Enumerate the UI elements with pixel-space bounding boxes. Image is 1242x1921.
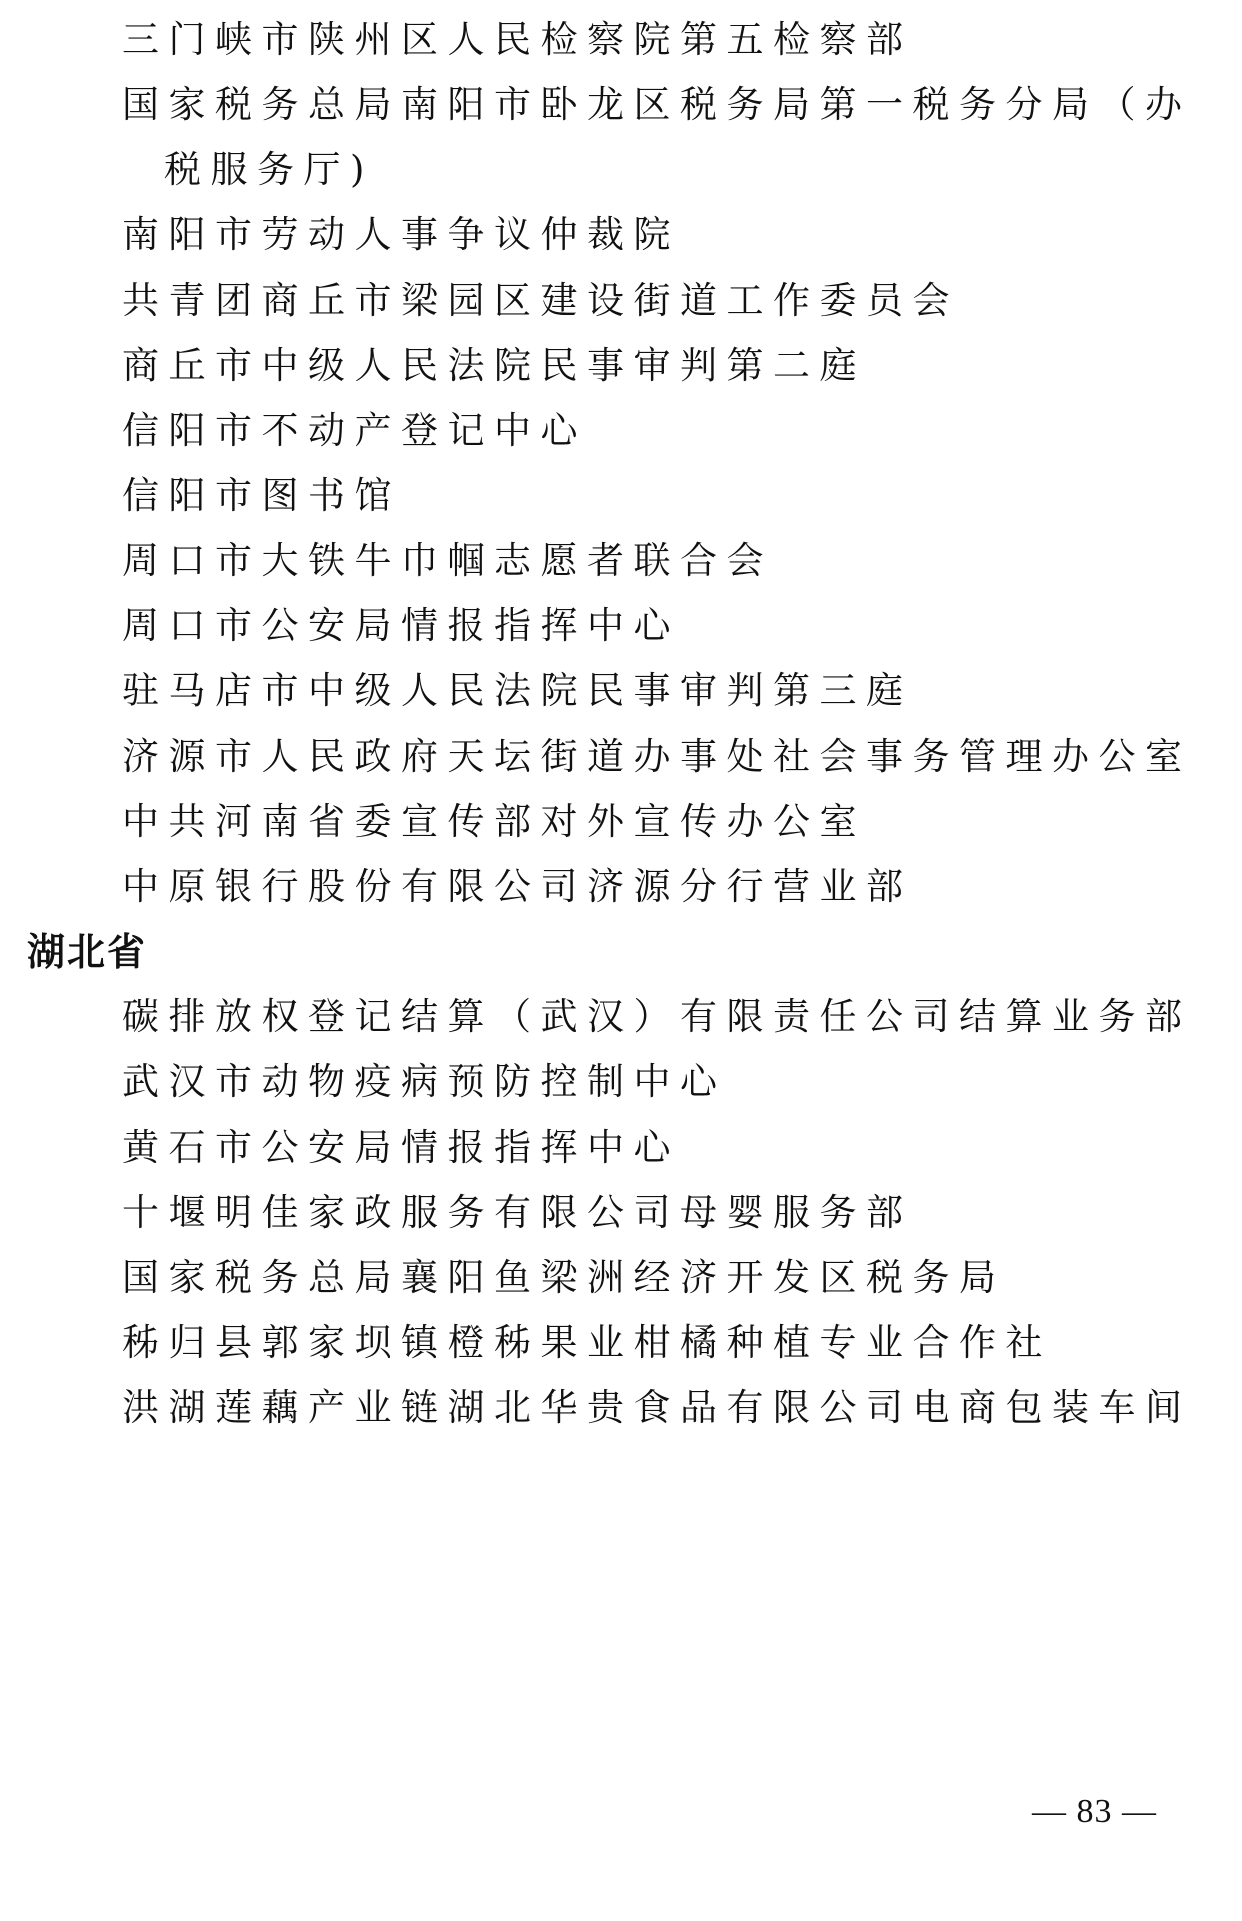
list-item: 碳排放权登记结算（武汉）有限责任公司结算业务部 xyxy=(122,993,1192,1041)
list-item: 中原银行股份有限公司济源分行营业部 xyxy=(122,863,913,911)
list-item: 中共河南省委宣传部对外宣传办公室 xyxy=(122,798,866,846)
list-item: 三门峡市陕州区人民检察院第五检察部 xyxy=(122,16,913,64)
list-item: 周口市大铁牛巾帼志愿者联合会 xyxy=(122,537,773,585)
list-item: 南阳市劳动人事争议仲裁院 xyxy=(122,211,680,259)
list-item: 信阳市图书馆 xyxy=(122,472,401,520)
list-item: 十堰明佳家政服务有限公司母婴服务部 xyxy=(122,1189,913,1237)
list-item: 信阳市不动产登记中心 xyxy=(122,407,587,455)
list-item-continuation: 税服务厅) xyxy=(164,146,374,194)
list-item: 济源市人民政府天坛街道办事处社会事务管理办公室 xyxy=(122,733,1192,781)
list-item: 商丘市中级人民法院民事审判第二庭 xyxy=(122,342,866,390)
section-heading: 湖北省 xyxy=(27,928,147,976)
document-page: 三门峡市陕州区人民检察院第五检察部 国家税务总局南阳市卧龙区税务局第一税务分局（… xyxy=(0,0,1242,1921)
list-item: 洪湖莲藕产业链湖北华贵食品有限公司电商包装车间 xyxy=(122,1384,1192,1432)
list-item: 武汉市动物疫病预防控制中心 xyxy=(122,1058,727,1106)
list-item: 国家税务总局襄阳鱼梁洲经济开发区税务局 xyxy=(122,1254,1006,1302)
list-item: 秭归县郭家坝镇橙秭果业柑橘种植专业合作社 xyxy=(122,1319,1052,1367)
page-number: — 83 — xyxy=(1032,1790,1157,1834)
list-item: 周口市公安局情报指挥中心 xyxy=(122,602,680,650)
list-item: 共青团商丘市梁园区建设街道工作委员会 xyxy=(122,277,959,325)
list-item: 驻马店市中级人民法院民事审判第三庭 xyxy=(122,667,913,715)
list-item: 黄石市公安局情报指挥中心 xyxy=(122,1124,680,1172)
list-item: 国家税务总局南阳市卧龙区税务局第一税务分局（办 xyxy=(122,81,1192,129)
